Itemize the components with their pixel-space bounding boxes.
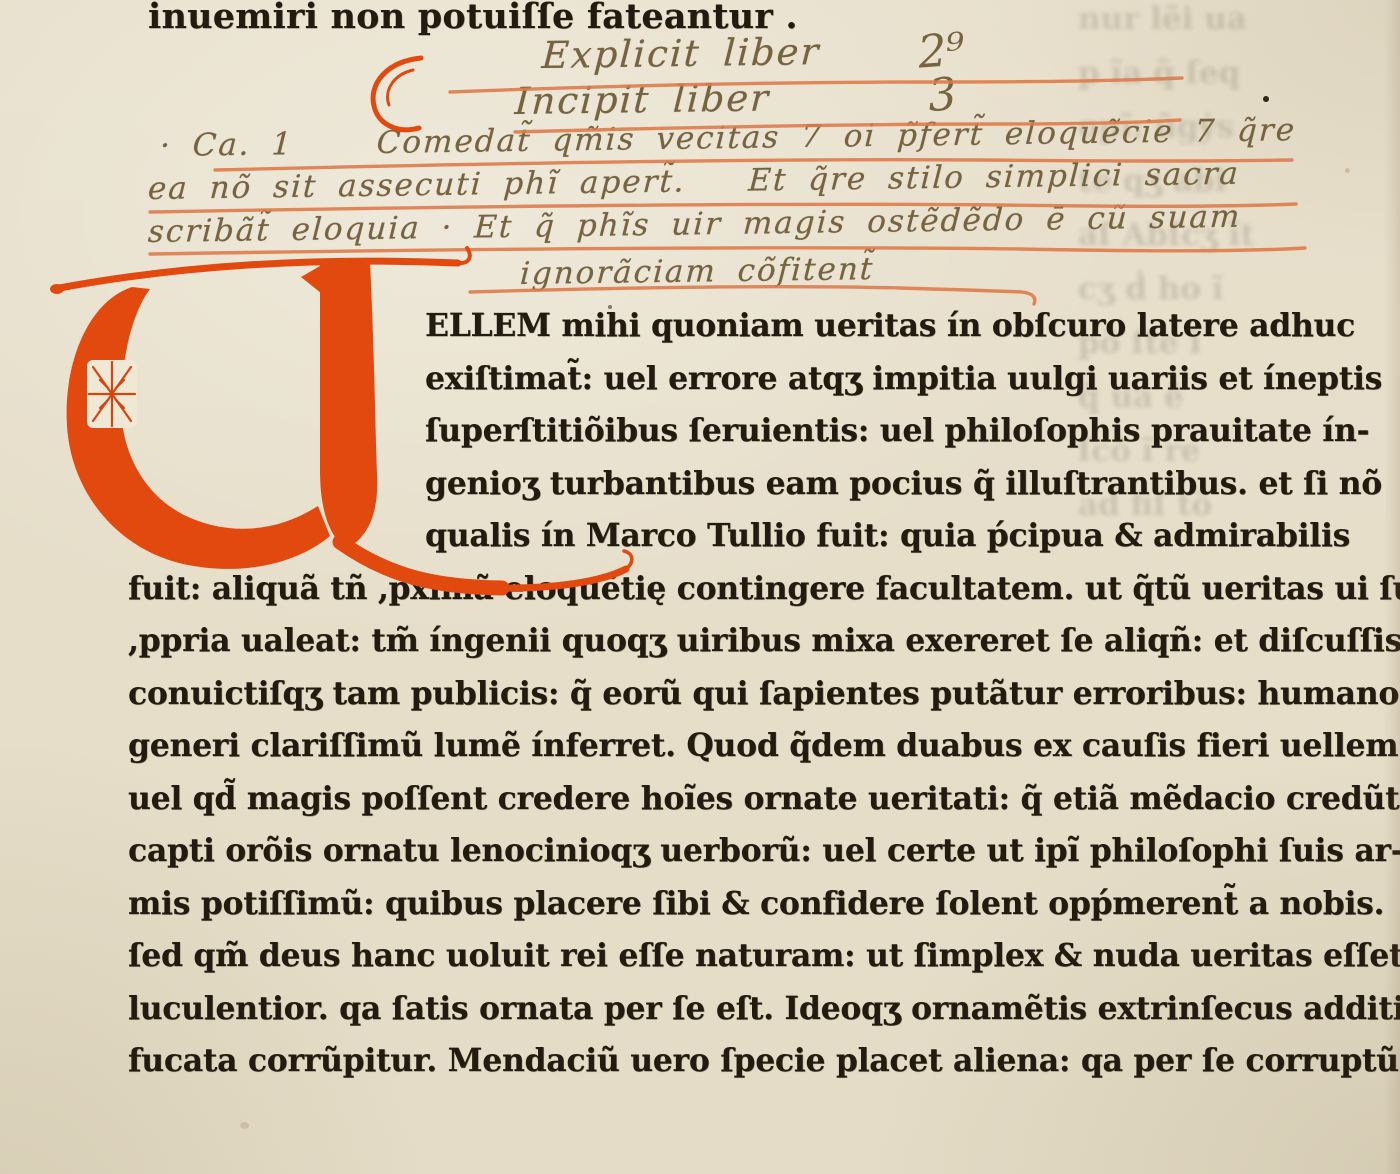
manuscript-note-line: ignorãciam cõfitent̃ — [519, 251, 875, 292]
text-line: ,ppria ualeat: tm̃ íngenii quoqʒ uiribus… — [128, 615, 1290, 668]
manuscript-note-line: scribãt̃ eloquia · Et q̃ phĩs uir magis … — [147, 199, 1242, 250]
showthrough-text: nur lẽi ua — [1078, 0, 1308, 46]
text-line: ſuperſtitiõibus ſeruientis: uel philoſop… — [425, 405, 1290, 458]
paper-speck — [1345, 168, 1350, 173]
manuscript-incipit-number: 3 — [926, 67, 958, 122]
text-line: fucata corrũpitur. Mendaciũ uero ſpecie … — [128, 1035, 1290, 1088]
showthrough-text: p ĩa q̃ ſeq — [1078, 46, 1308, 100]
main-text-block: ELLEM mihi quoniam ueritas ín obſcuro la… — [128, 300, 1290, 1088]
text-line: ELLEM mihi quoniam ueritas ín obſcuro la… — [425, 300, 1290, 353]
text-line: qualis ín Marco Tullio fuit: quia ṕcipua… — [425, 510, 1290, 563]
paper-speck — [240, 1122, 249, 1129]
text-line: genioʒ turbantibus eam pocius q̃ illuſtr… — [425, 458, 1290, 511]
page-edge-shade — [1384, 0, 1400, 1174]
text-line: capti orõis ornatu lenocinioqʒ uerborũ: … — [128, 825, 1290, 878]
manuscript-incipit: Incipit liber — [514, 76, 771, 123]
paraph-mark — [373, 58, 421, 130]
manuscript-explicit: Explicit liber — [541, 30, 822, 77]
manuscript-note-line: · Ca. 1 Comedat̃ qm̃is vecitas 7 oi p̃fe… — [159, 112, 1297, 164]
manuscript-note-line: ea nõ sit assecuti phĩ apert̃. Et q̃re s… — [147, 156, 1241, 207]
book-page: nur lẽi ua p ĩa q̃ ſeq opĩ: ũgẏs te qʒ a… — [0, 0, 1400, 1174]
text-line: mis potiſſimũ: quibus placere ſibi & con… — [128, 878, 1290, 931]
text-line: fuit: aliquã tñ ,pximã eloquẽtię conting… — [128, 563, 1290, 616]
text-line: ſed qm̃ deus hanc uoluit rei eſſe natura… — [128, 930, 1290, 983]
text-line: uel qd̃ magis poſſent credere hoĩes orna… — [128, 773, 1290, 826]
paper-speck — [608, 305, 612, 309]
text-line: exiſtimat̃: uel errore atqʒ impitia uulg… — [425, 353, 1290, 406]
paper-speck — [1263, 96, 1269, 102]
text-line: luculentior. qa ſatis ornata per ſe eſt.… — [128, 983, 1290, 1036]
text-line: generi clariſſimũ lumẽ ínferret. Quod q̃… — [128, 720, 1290, 773]
text-line: conuictiſqʒ tam publicis: q̃ eorũ qui ſa… — [128, 668, 1290, 721]
